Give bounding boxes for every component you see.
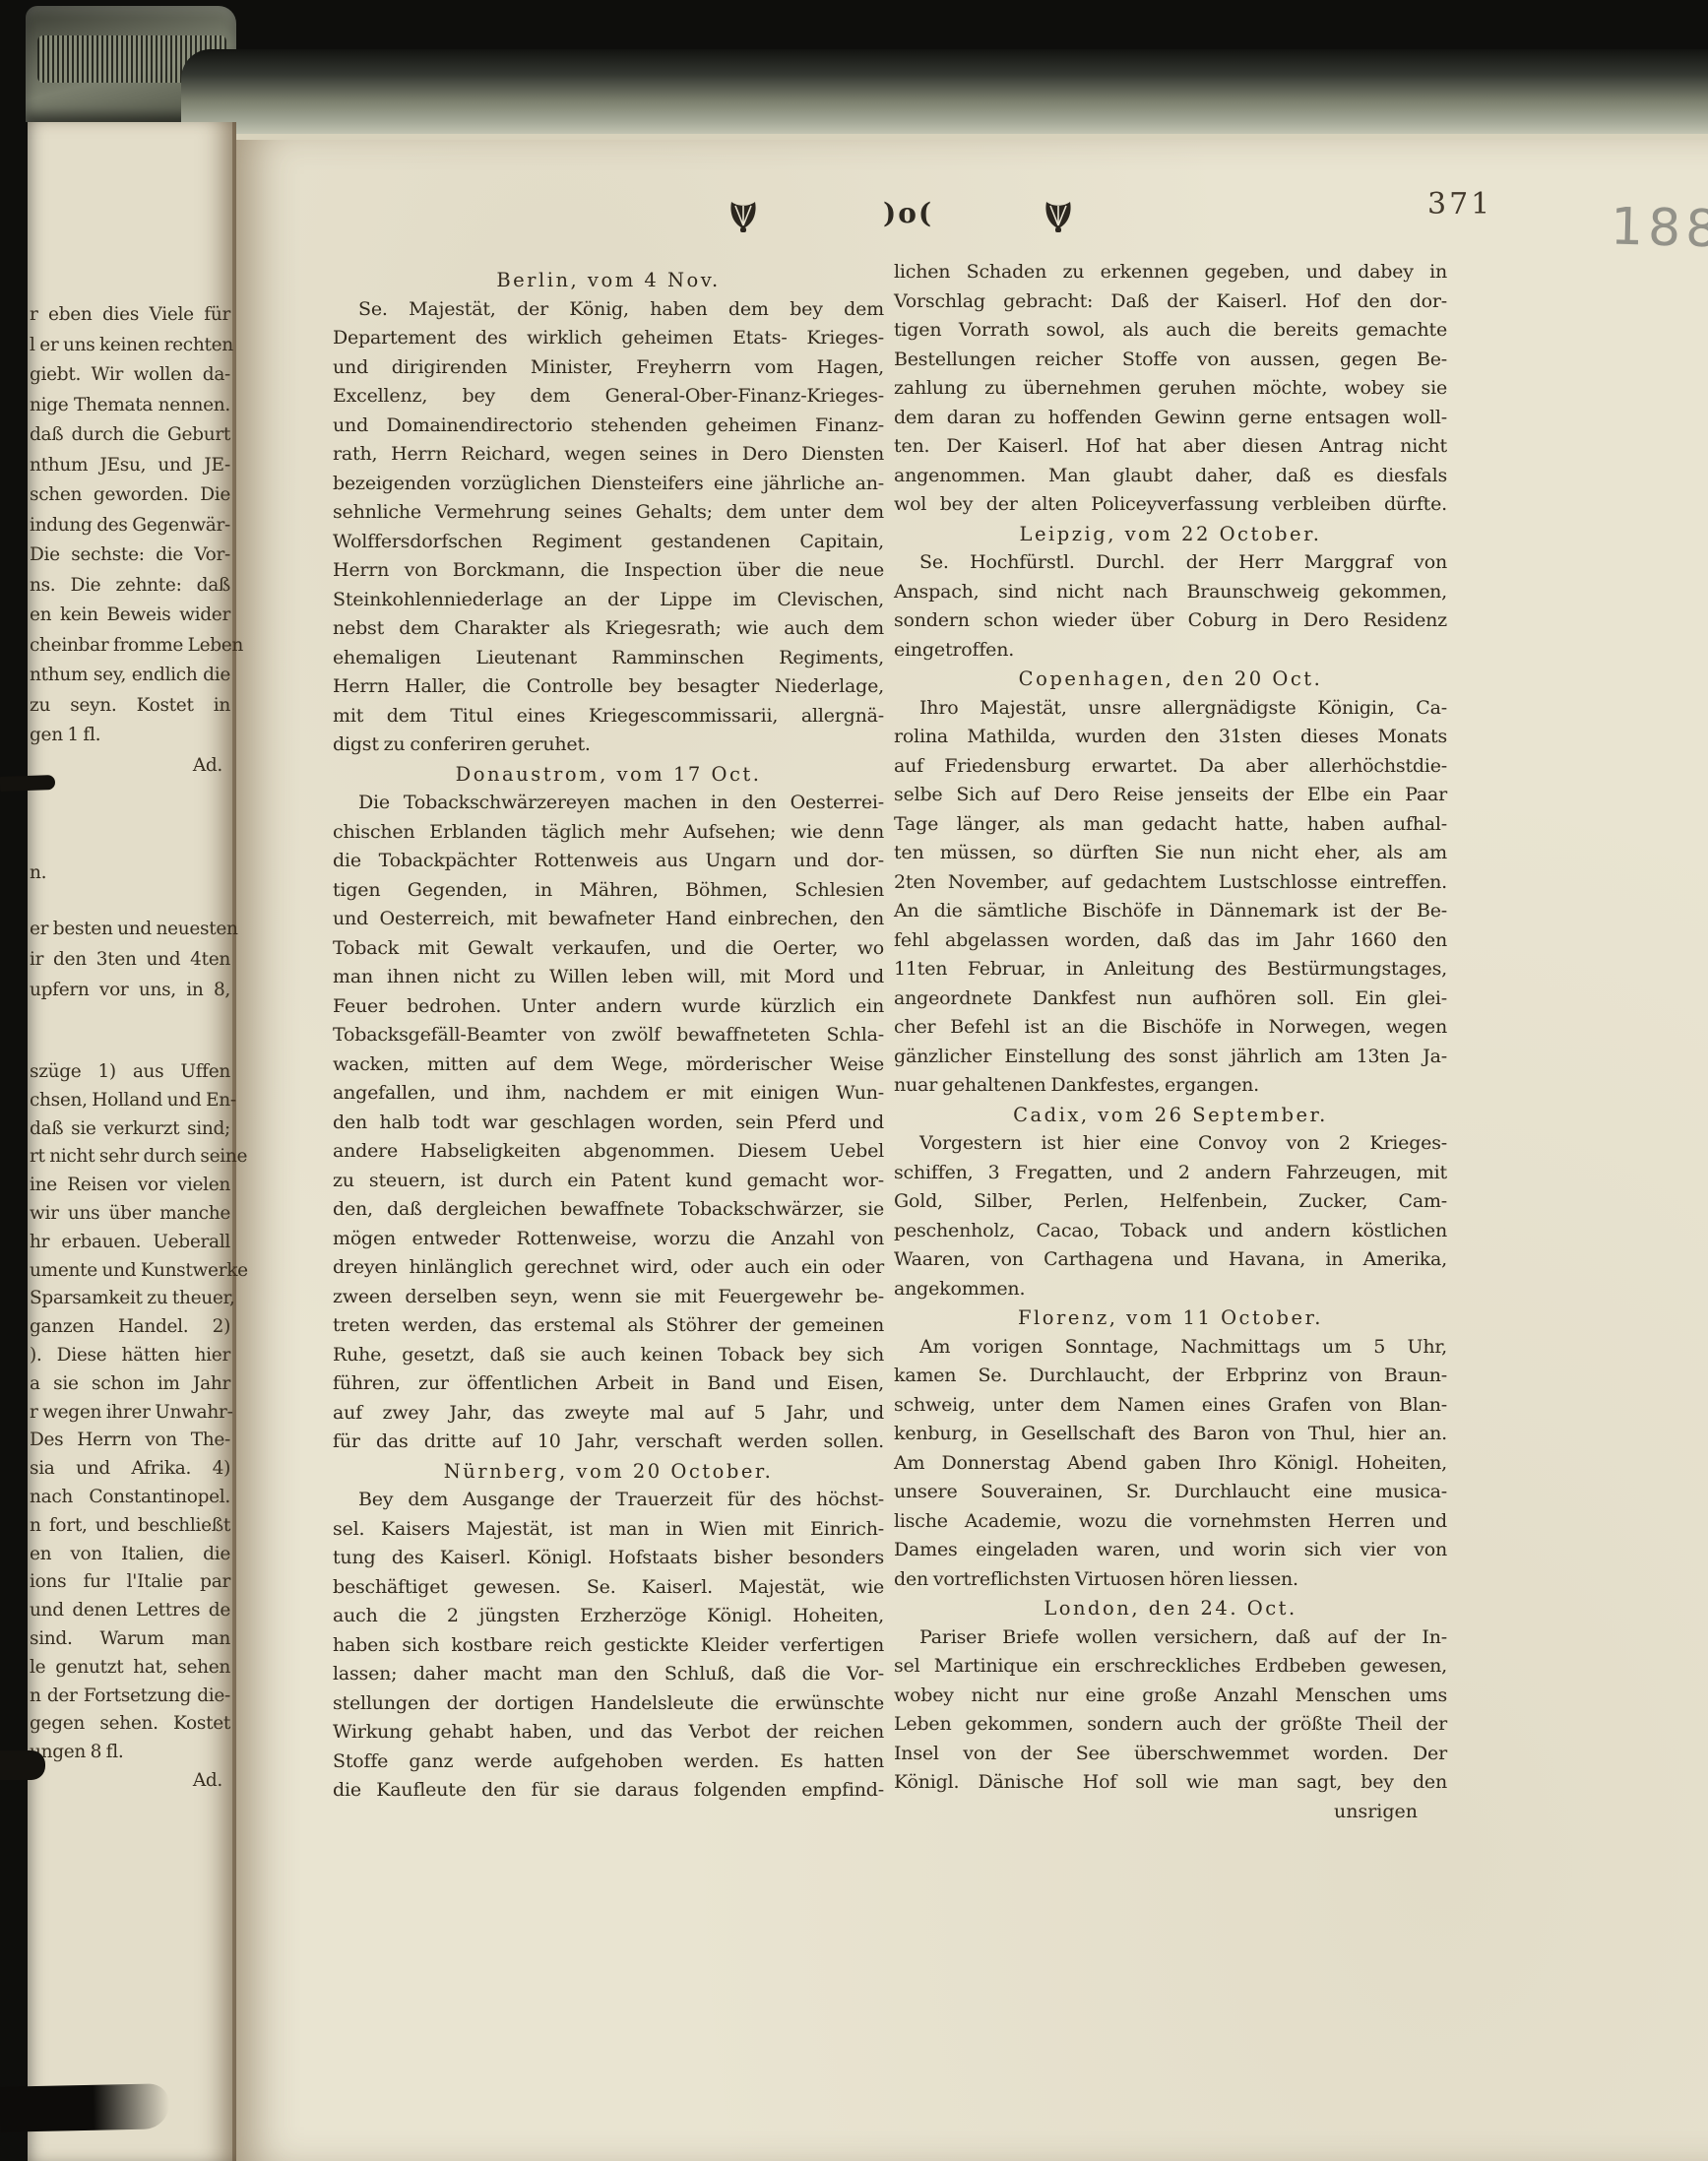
text-line: ehemaligen Lieutenant Ramminschen Regime… bbox=[333, 644, 884, 673]
text-line: ganzen Handel. 2) bbox=[30, 1313, 230, 1342]
text-line: man ihnen nicht zu Willen leben will, mi… bbox=[333, 963, 884, 992]
text-line: Leben gekommen, sondern auch der größte … bbox=[894, 1710, 1447, 1740]
text-line: sel Martinique ein erschreckliches Erdbe… bbox=[894, 1652, 1447, 1682]
text-line: ten. Der Kaiserl. Hof hat aber diesen An… bbox=[894, 432, 1447, 462]
text-line: bezeigenden vorzüglichen Diensteifers ei… bbox=[333, 470, 884, 499]
text-line: haben sich kostbare reich gestickte Klei… bbox=[333, 1631, 884, 1661]
text-line: unsere Souverainen, Sr. Durchlaucht eine… bbox=[894, 1478, 1447, 1507]
fragment-group-1: r eben dies Viele fürl er uns keinen rec… bbox=[30, 300, 230, 781]
text-line: auf zwey Jahr, das zweyte mal auf 5 Jahr… bbox=[333, 1399, 884, 1429]
text-line: wobey nicht nur eine große Anzahl Mensch… bbox=[894, 1682, 1447, 1711]
gutter-crease bbox=[232, 122, 236, 2161]
section-heading: Nürnberg, vom 20 October. bbox=[333, 1457, 884, 1487]
text-line: angefallen, und ihm, nachdem er mit eini… bbox=[333, 1079, 884, 1109]
text-line: zu steuern, ist durch ein Patent kund ge… bbox=[333, 1167, 884, 1196]
text-line: rath, Herrn Reichard, wegen seines in De… bbox=[333, 440, 884, 470]
text-line: Steinkohlenniederlage an der Lippe im Cl… bbox=[333, 586, 884, 615]
text-line: die Tobackpächter Rottenweis aus Ungarn … bbox=[333, 847, 884, 876]
text-line: mögen entweder Rottenweise, worzu die An… bbox=[333, 1225, 884, 1254]
text-line: daß sie verkurzt sind; bbox=[30, 1115, 230, 1144]
page-number: 371 bbox=[1427, 187, 1492, 222]
text-line: ns. Die zehnte: daß bbox=[30, 571, 230, 602]
text-line: cheinbar fromme Leben bbox=[30, 631, 230, 662]
text-line: selbe Sich auf Dero Reise jenseits der E… bbox=[894, 781, 1447, 810]
text-line: nthum sey, endlich die bbox=[30, 661, 230, 691]
text-line: Dames eingeladen waren, und worin sich v… bbox=[894, 1536, 1447, 1565]
text-line: andere Habseligkeiten abgenommen. Diesem… bbox=[333, 1137, 884, 1167]
text-line: Ihro Majestät, unsre allergnädigste Köni… bbox=[894, 694, 1447, 724]
text-line: gen 1 fl. bbox=[30, 721, 230, 751]
text-line: ungen 8 fl. bbox=[30, 1739, 230, 1767]
text-line: ine Reisen vor vielen bbox=[30, 1172, 230, 1200]
text-line: Tobacksgefäll-Beamter von zwölf bewaffne… bbox=[333, 1021, 884, 1050]
text-line: lassen; daher macht man den Schluß, daß … bbox=[333, 1660, 884, 1689]
text-line: chsen, Holland und En- bbox=[30, 1087, 230, 1115]
text-line: Insel von der See überschwemmet worden. … bbox=[894, 1740, 1447, 1769]
text-line: Am Donnerstag Abend gaben Ihro Königl. H… bbox=[894, 1449, 1447, 1479]
previous-page-fragment: r eben dies Viele fürl er uns keinen rec… bbox=[28, 122, 236, 2161]
text-line: Ad. bbox=[30, 751, 230, 782]
text-line: szüge 1) aus Uffen bbox=[30, 1058, 230, 1087]
text-line: An die sämtliche Bischöfe in Dännemark i… bbox=[894, 897, 1447, 926]
text-line: stellungen der dortigen Handelsleute die… bbox=[333, 1689, 884, 1719]
text-line: Excellenz, bey dem General-Ober-Finanz-K… bbox=[333, 382, 884, 412]
text-line: tigen Gegenden, in Mähren, Böhmen, Schle… bbox=[333, 876, 884, 906]
text-line: Toback mit Gewalt verkaufen, und die Oer… bbox=[333, 934, 884, 964]
section-heading: Florenz, vom 11 October. bbox=[894, 1303, 1447, 1333]
text-line: Die sechste: die Vor- bbox=[30, 540, 230, 571]
text-line: und Oesterreich, mit bewafneter Hand ein… bbox=[333, 905, 884, 934]
text-line: r wegen ihrer Unwahr- bbox=[30, 1399, 230, 1428]
text-line: Bestellungen reicher Stoffe von aussen, … bbox=[894, 346, 1447, 375]
text-line: rt nicht sehr durch seine bbox=[30, 1143, 230, 1172]
text-line: dreyen hinlänglich gerechnet wird, oder … bbox=[333, 1253, 884, 1283]
section-heading: Berlin, vom 4 Nov. bbox=[333, 266, 884, 295]
text-line: Des Herrn von The- bbox=[30, 1427, 230, 1455]
text-line: Departement des wirklich geheimen Etats-… bbox=[333, 324, 884, 353]
text-line: nige Themata nennen. bbox=[30, 391, 230, 421]
text-line: cher Befehl ist an die Bischöfe in Norwe… bbox=[894, 1013, 1447, 1043]
text-line: nuar gehaltenen Dankfestes, ergangen. bbox=[894, 1071, 1447, 1101]
text-line: sia und Afrika. 4) bbox=[30, 1455, 230, 1484]
text-line: rolina Mathilda, wurden den 31sten diese… bbox=[894, 723, 1447, 752]
text-line: upfern vor uns, in 8, bbox=[30, 975, 230, 1005]
text-line: angekommen. bbox=[894, 1275, 1447, 1304]
text-line: nthum JEsu, und JE- bbox=[30, 451, 230, 481]
text-line: und Domainendirectorio stehenden geheime… bbox=[333, 412, 884, 441]
text-line: Se. Hochfürstl. Durchl. der Herr Marggra… bbox=[894, 548, 1447, 578]
section-heading: Copenhagen, den 20 Oct. bbox=[894, 665, 1447, 694]
text-line: tigen Vorrath sowol, als auch die bereit… bbox=[894, 316, 1447, 346]
text-line: kenburg, in Gesellschaft des Baron von T… bbox=[894, 1420, 1447, 1449]
text-line: en von Italien, die bbox=[30, 1541, 230, 1569]
text-line: Königl. Dänische Hof soll wie man sagt, … bbox=[894, 1768, 1447, 1798]
text-line: lichen Schaden zu erkennen gegeben, und … bbox=[894, 258, 1447, 287]
text-line: den vortreflichsten Virtuosen hören lies… bbox=[894, 1565, 1447, 1595]
text-line: Vorschlag gebracht: Daß der Kaiserl. Hof… bbox=[894, 287, 1447, 317]
text-line: sehnliche Vermehrung seines Gehalts; dem… bbox=[333, 498, 884, 528]
news-column-right: lichen Schaden zu erkennen gegeben, und … bbox=[894, 258, 1447, 1826]
text-line: angeordnete Dankfest nun aufhören soll. … bbox=[894, 985, 1447, 1014]
text-line: und dirigirenden Minister, Freyherrn vom… bbox=[333, 353, 884, 383]
shell-ornament-icon bbox=[1039, 193, 1078, 234]
section-heading: Donaustrom, vom 17 Oct. bbox=[333, 760, 884, 790]
text-line: umente und Kunstwerke bbox=[30, 1257, 230, 1286]
text-line: führen, zur öffentlichen Arbeit in Band … bbox=[333, 1369, 884, 1399]
book-top-edge bbox=[181, 49, 1708, 134]
text-line: n. bbox=[30, 858, 230, 888]
text-line: giebt. Wir wollen da- bbox=[30, 360, 230, 391]
text-line: kamen Se. Durchlaucht, der Erbprinz von … bbox=[894, 1362, 1447, 1391]
section-heading: London, den 24. Oct. bbox=[894, 1594, 1447, 1623]
text-line: Sparsamkeit zu theuer, bbox=[30, 1285, 230, 1313]
text-line: tung des Kaiserl. Königl. Hofstaats bish… bbox=[333, 1544, 884, 1573]
text-line: Feuer bedrohen. Unter andern wurde kürzl… bbox=[333, 992, 884, 1022]
text-line: den halb todt war geschlagen worden, sei… bbox=[333, 1109, 884, 1138]
ink-mark bbox=[0, 775, 55, 792]
text-line: ). Diese hätten hier bbox=[30, 1342, 230, 1370]
text-line: fehl abgelassen worden, daß das im Jahr … bbox=[894, 926, 1447, 956]
fragment-group-3: er besten und neuestenir den 3ten und 4t… bbox=[30, 914, 230, 1005]
text-line: le genutzt hat, sehen bbox=[30, 1654, 230, 1683]
text-line: und denen Lettres de bbox=[30, 1597, 230, 1625]
ink-mark bbox=[0, 1750, 45, 1780]
text-line: beschäftiget gewesen. Se. Kaiserl. Majes… bbox=[333, 1573, 884, 1603]
text-line: Am vorigen Sonntage, Nachmittags um 5 Uh… bbox=[894, 1333, 1447, 1363]
text-line: Gold, Silber, Perlen, Helfenbein, Zucker… bbox=[894, 1187, 1447, 1217]
text-line: gegen sehen. Kostet bbox=[30, 1710, 230, 1739]
text-line: 2ten November, auf gedachtem Lustschloss… bbox=[894, 868, 1447, 898]
signature-mark: )o( bbox=[883, 197, 933, 229]
catchword: unsrigen bbox=[894, 1798, 1447, 1827]
text-line: n fort, und beschließt bbox=[30, 1512, 230, 1541]
text-line: mit dem Titul eines Kriegescommissarii, … bbox=[333, 702, 884, 731]
scanned-newspaper-page: r eben dies Viele fürl er uns keinen rec… bbox=[0, 0, 1708, 2161]
shell-ornament-icon bbox=[724, 193, 763, 234]
text-line: en kein Beweis wider bbox=[30, 601, 230, 631]
text-line: digst zu conferiren geruhet. bbox=[333, 731, 884, 760]
text-line: ions fur l'Italie par bbox=[30, 1568, 230, 1597]
text-line: peschenholz, Cacao, Toback und andern kö… bbox=[894, 1217, 1447, 1246]
text-line: auch die 2 jüngsten Erzherzöge Königl. H… bbox=[333, 1602, 884, 1631]
text-line: indung des Gegenwär- bbox=[30, 511, 230, 541]
text-line: ir den 3ten und 4ten bbox=[30, 944, 230, 975]
text-line: wol bey der alten Policeyverfassung verb… bbox=[894, 490, 1447, 520]
news-column-left: Berlin, vom 4 Nov.Se. Majestät, der Köni… bbox=[333, 266, 884, 1806]
text-line: Bey dem Ausgange der Trauerzeit für des … bbox=[333, 1486, 884, 1515]
text-line: Die Tobackschwärzereyen machen in den Oe… bbox=[333, 789, 884, 818]
text-line: a sie schon im Jahr bbox=[30, 1370, 230, 1399]
text-line: Waaren, von Carthagena und Havana, in Am… bbox=[894, 1245, 1447, 1275]
text-line: die Kaufleute den für sie daraus folgend… bbox=[333, 1776, 884, 1806]
text-line: dem daran zu hoffenden Gewinn gerne ents… bbox=[894, 404, 1447, 433]
text-line: Herrn von Borckmann, die Inspection über… bbox=[333, 556, 884, 586]
text-line: chischen Erblanden täglich mehr Aufsehen… bbox=[333, 818, 884, 848]
text-line: n der Fortsetzung die- bbox=[30, 1683, 230, 1711]
text-line: treten werden, das erstemal als Stöhrer … bbox=[333, 1311, 884, 1341]
text-line: nach Constantinopel. bbox=[30, 1484, 230, 1512]
text-line: den, daß dergleichen bewaffnete Tobacksc… bbox=[333, 1195, 884, 1225]
archive-stamp: 188 bbox=[1610, 198, 1708, 260]
text-line: Tage länger, als man gedacht hatte, habe… bbox=[894, 810, 1447, 840]
text-line: eingetroffen. bbox=[894, 636, 1447, 666]
text-line: Vorgestern ist hier eine Convoy von 2 Kr… bbox=[894, 1129, 1447, 1159]
text-line: Ad. bbox=[30, 1767, 230, 1796]
text-line: schen geworden. Die bbox=[30, 480, 230, 511]
text-line: schweig, unter dem Namen eines Grafen vo… bbox=[894, 1391, 1447, 1421]
section-heading: Leipzig, vom 22 October. bbox=[894, 520, 1447, 549]
text-line: schiffen, 3 Fregatten, und 2 andern Fahr… bbox=[894, 1159, 1447, 1188]
text-line: sel. Kaisers Majestät, ist man in Wien m… bbox=[333, 1515, 884, 1545]
text-line: Se. Majestät, der König, haben dem bey d… bbox=[333, 295, 884, 325]
text-line: r eben dies Viele für bbox=[30, 300, 230, 331]
text-line: nebst dem Charakter als Kriegesrath; wie… bbox=[333, 614, 884, 644]
text-line: zahlung zu übernehmen geruhen möchte, wo… bbox=[894, 374, 1447, 404]
text-line: wacken, mitten auf dem Wege, mörderische… bbox=[333, 1050, 884, 1080]
text-line: Ruhe, gesetzt, daß sie auch keinen Tobac… bbox=[333, 1341, 884, 1370]
text-line: Pariser Briefe wollen versichern, daß au… bbox=[894, 1623, 1447, 1653]
text-line: er besten und neuesten bbox=[30, 914, 230, 944]
text-line: Anspach, sind nicht nach Braunschweig ge… bbox=[894, 578, 1447, 607]
text-line: 11ten Februar, in Anleitung des Bestürmu… bbox=[894, 955, 1447, 985]
text-line: lische Academie, wozu die vornehmsten He… bbox=[894, 1507, 1447, 1537]
text-line: für das dritte auf 10 Jahr, verschaft we… bbox=[333, 1428, 884, 1457]
text-line: auf Friedensburg erwartet. Da aber aller… bbox=[894, 752, 1447, 782]
text-line: sind. Warum man bbox=[30, 1625, 230, 1654]
text-line: zu seyn. Kostet in bbox=[30, 691, 230, 722]
text-line: angenommen. Man glaubt daher, daß es die… bbox=[894, 462, 1447, 491]
text-line: hr erbauen. Ueberall bbox=[30, 1229, 230, 1257]
text-line: ten müssen, so dürften Sie nun nicht ehe… bbox=[894, 839, 1447, 868]
ink-smear bbox=[0, 2083, 169, 2132]
text-line: sondern schon wieder über Coburg in Dero… bbox=[894, 606, 1447, 636]
fragment-group-4: szüge 1) aus Uffenchsen, Holland und En-… bbox=[30, 1058, 230, 1796]
text-line: zween derselben seyn, wenn sie mit Feuer… bbox=[333, 1283, 884, 1312]
text-line: Stoffe ganz werde aufgehoben werden. Es … bbox=[333, 1748, 884, 1777]
text-line: daß durch die Geburt bbox=[30, 420, 230, 451]
section-heading: Cadix, vom 26 September. bbox=[894, 1101, 1447, 1130]
text-line: wir uns über manche bbox=[30, 1200, 230, 1229]
text-line: l er uns keinen rechten bbox=[30, 331, 230, 361]
text-line: Herrn Haller, die Controlle bey besagter… bbox=[333, 672, 884, 702]
text-line: Wirkung gehabt haben, und das Verbot der… bbox=[333, 1718, 884, 1748]
text-line: Wolffersdorfschen Regiment gestandenen C… bbox=[333, 528, 884, 557]
text-line: gänzlicher Einstellung des sonst jährlic… bbox=[894, 1043, 1447, 1072]
fragment-group-2: n. bbox=[30, 858, 230, 888]
